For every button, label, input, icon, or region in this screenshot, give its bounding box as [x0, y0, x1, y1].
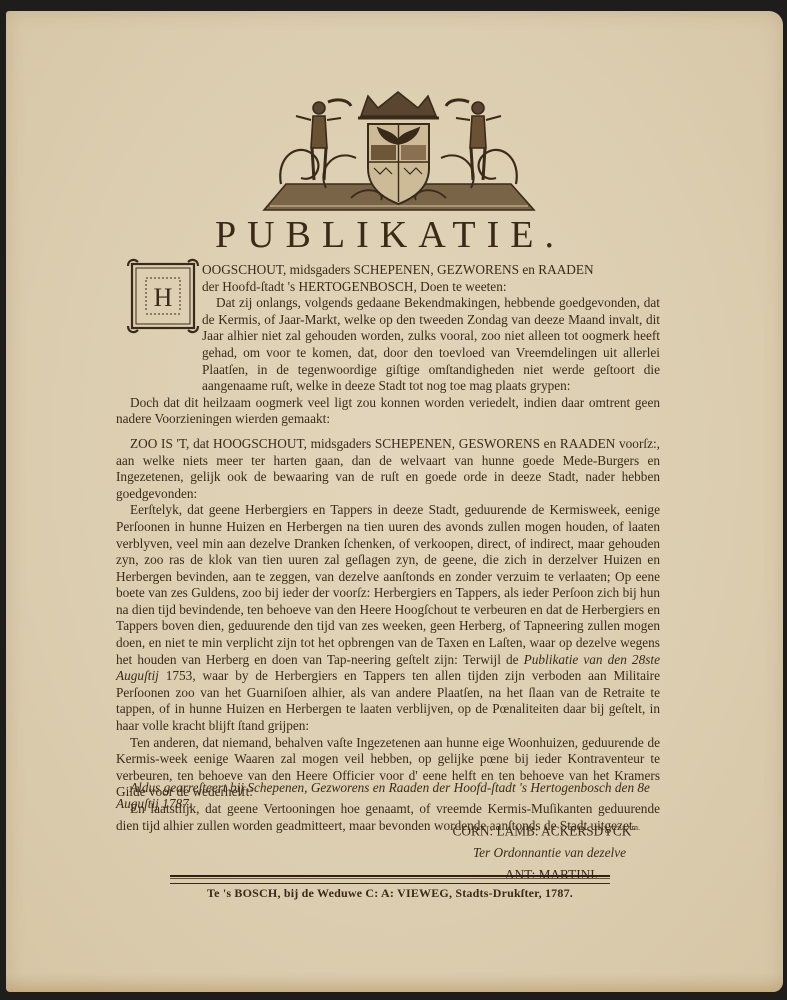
paragraph-concern: Doch dat dit heilzaam oogmerk veel ligt …: [116, 395, 660, 428]
closing-statement: Aldus gearreſteert bij Schepenen, Gezwor…: [116, 780, 660, 812]
horizontal-rule: [170, 875, 610, 884]
order-note: Ter Ordonnantie van dezelve: [116, 845, 660, 861]
document-title: PUBLIKATIE.: [190, 215, 590, 255]
paragraph-first-rule: Eerſtelyk, dat geene Herbergiers en Tapp…: [116, 502, 660, 734]
paragraph-reason: Dat zij onlangs, volgends gedaane Bekend…: [202, 295, 660, 395]
paragraph-resolution: ZOO IS 'T, dat HOOGSCHOUT, midsgaders SC…: [116, 436, 660, 502]
proclamation-body: OOGSCHOUT, midsgaders SCHEPENEN, GEZWORE…: [116, 262, 660, 834]
secretary-signature: CORN: LAMB: ACKERSDYCKrn.: [116, 820, 660, 839]
coat-of-arms-icon: [256, 88, 541, 216]
opening-line-2: der Hoofd-ſtadt 's HERTOGENBOSCH, Doen t…: [202, 279, 660, 296]
opening-line-1: OOGSCHOUT, midsgaders SCHEPENEN, GEZWORE…: [202, 262, 660, 279]
signature-block: Aldus gearreſteert bij Schepenen, Gezwor…: [116, 780, 660, 883]
printer-imprint: Te 's BOSCH, bij de Weduwe C: A: VIEWEG,…: [170, 886, 610, 901]
